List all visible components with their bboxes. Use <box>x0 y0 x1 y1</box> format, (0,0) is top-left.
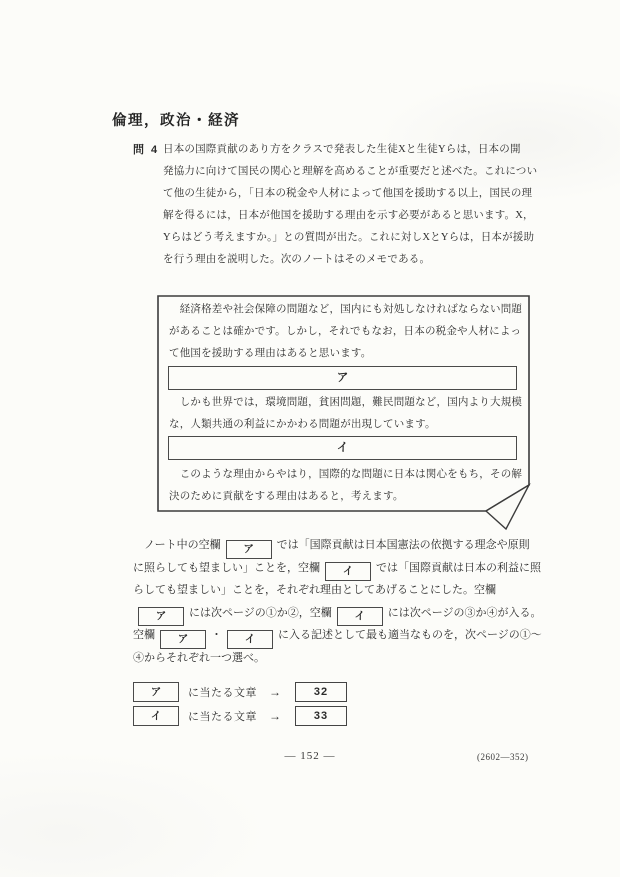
text-line: しかも世界では，環境問題，貧困問題，難民問題など，国内より大規模 <box>169 392 519 414</box>
answer-label: に当たる文章 <box>188 708 257 724</box>
text-line: があることは確かです。しかし，それでもなお，日本の税金や人材によっ <box>169 321 519 343</box>
text-line: に照らしても望ましい」ことを，空欄イでは「国際貢献は日本の利益に照 <box>133 557 541 580</box>
answer-key: ア に当たる文章 → 32 イ に当たる文章 → 33 <box>133 681 347 729</box>
text-segment: ノート中の空欄 <box>133 539 221 551</box>
text-line: 解を得るには，日本が他国を援助する理由を示す必要があると思います。X， <box>163 205 535 227</box>
exam-page: 倫理，政治・経済 問 4 日本の国際貢献のあり方をクラスで発表した生徒Xと生徒Y… <box>0 0 620 877</box>
text-segment: では「国際貢献は日本の利益に照 <box>376 562 541 574</box>
answer-row-a: ア に当たる文章 → 32 <box>133 681 347 703</box>
question-number: 問 4 <box>133 141 159 157</box>
text-line: 経済格差や社会保障の問題など，国内にも対処しなければならない問題 <box>169 299 519 321</box>
note-blank-box-a: ア <box>168 366 517 390</box>
document-code: (2602—352) <box>477 752 529 762</box>
inline-blank-box: ア <box>226 540 272 559</box>
text-segment: には次ページの①か②，空欄 <box>189 607 332 619</box>
text-segment: に照らしても望ましい」ことを，空欄 <box>133 562 320 574</box>
text-line: アには次ページの①か②，空欄イには次ページの③か④が入る。 <box>133 602 541 625</box>
inline-blank-box: イ <box>227 630 273 649</box>
answer-number-box-32: 32 <box>295 682 347 702</box>
text-segment: らしても望ましい」ことを，それぞれ理由としてあげることにした。空欄 <box>133 584 496 596</box>
answer-row-b: イ に当たる文章 → 33 <box>133 705 347 727</box>
inline-blank-box: ア <box>160 630 206 649</box>
text-line: ④からそれぞれ一つ選べ。 <box>133 647 541 670</box>
text-line: を行う理由を説明した。次のノートはそのメモである。 <box>163 249 535 271</box>
instruction-text: ノート中の空欄アでは「国際貢献は日本国憲法の依拠する理念や原則に照らしても望まし… <box>133 534 541 669</box>
text-line: 日本の国際貢献のあり方をクラスで発表した生徒Xと生徒Yらは，日本の開 <box>163 139 535 161</box>
text-segment: に入る記述として最も適当なものを，次ページの①～ <box>278 629 542 641</box>
answer-number-box-33: 33 <box>295 706 347 726</box>
blank-a-label: ア <box>337 372 349 384</box>
text-segment: 空欄 <box>133 629 155 641</box>
note-paragraph-3: このような理由からやはり，国際的な問題に日本は関心をもち，その解決のために貢献を… <box>169 464 519 508</box>
text-segment: には次ページの③か④が入る。 <box>388 607 542 619</box>
note-blank-box-b: イ <box>168 436 517 460</box>
note-paragraph-1: 経済格差や社会保障の問題など，国内にも対処しなければならない問題があることは確か… <box>169 299 519 365</box>
text-line: このような理由からやはり，国際的な問題に日本は関心をもち，その解 <box>169 464 519 486</box>
text-line: ノート中の空欄アでは「国際貢献は日本国憲法の依拠する理念や原則 <box>133 534 541 557</box>
text-line: らしても望ましい」ことを，それぞれ理由としてあげることにした。空欄 <box>133 579 541 602</box>
text-line: 決のために貢献をする理由はあると，考えます。 <box>169 486 519 508</box>
question-text: 日本の国際貢献のあり方をクラスで発表した生徒Xと生徒Yらは，日本の開発協力に向け… <box>163 139 535 271</box>
blank-box-a: ア <box>133 682 179 702</box>
blank-box-b: イ <box>133 706 179 726</box>
text-segment: ④からそれぞれ一つ選べ。 <box>133 652 265 664</box>
text-line: て他の生徒から，「日本の税金や人材によって他国を援助する以上，国民の理 <box>163 183 535 205</box>
text-line: な，人類共通の利益にかかわる問題が出現しています。 <box>169 414 519 436</box>
text-line: 発協力に向けて国民の関心と理解を高めることが重要だと述べた。これについ <box>163 161 535 183</box>
arrow-icon: → <box>269 685 281 700</box>
text-line: て他国を援助する理由はあると思います。 <box>169 343 519 365</box>
subject-title: 倫理，政治・経済 <box>112 109 240 130</box>
blank-b-label: イ <box>337 442 349 454</box>
text-line: Yらはどう考えますか。」との質問が出た。これに対しXとYらは，日本が援助 <box>163 227 535 249</box>
answer-label: に当たる文章 <box>188 684 257 700</box>
text-line: 空欄ア・イに入る記述として最も適当なものを，次ページの①～ <box>133 624 541 647</box>
arrow-icon: → <box>269 709 281 724</box>
text-segment: ・ <box>211 629 222 641</box>
text-segment: では「国際貢献は日本国憲法の依拠する理念や原則 <box>277 539 530 551</box>
note-paragraph-2: しかも世界では，環境問題，貧困問題，難民問題など，国内より大規模な，人類共通の利… <box>169 392 519 436</box>
